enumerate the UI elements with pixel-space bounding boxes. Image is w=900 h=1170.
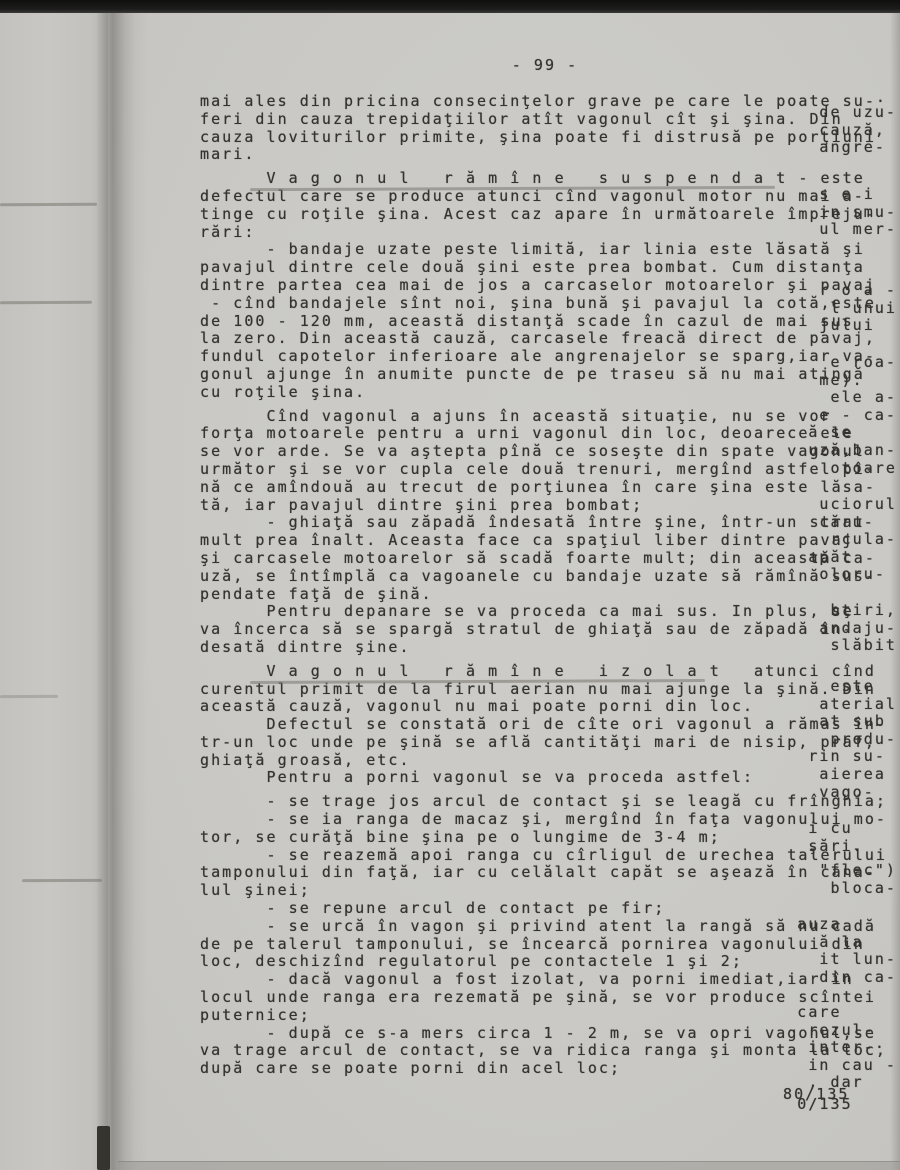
scan-top-edge (0, 0, 900, 13)
paragraph: Defectul se constată ori de cîte ori vag… (200, 716, 900, 769)
pencil-underline (0, 301, 92, 304)
paragraph: Cînd vagonul a ajuns în această situaţie… (200, 408, 900, 515)
list-item: - se ia ranga de macaz şi, mergînd în fa… (200, 811, 900, 847)
footer-page-reference: 80/135 (783, 1086, 850, 1104)
paragraph: - bandaje uzate peste limită, iar linia … (200, 241, 900, 401)
adjacent-page-strip (0, 13, 108, 1170)
pencil-underline (22, 879, 102, 882)
page-bottom-edge (118, 1161, 900, 1170)
list-item: - se trage jos arcul de contact şi se le… (200, 793, 900, 811)
paragraph-heading-izolat: V a g o n u l r ă m î n e i z o l a t at… (200, 663, 900, 716)
paragraph: Pentru a porni vagonul se va proceda ast… (200, 769, 900, 787)
pencil-underline (0, 695, 58, 698)
paragraph: Pentru depanare se va proceda ca mai sus… (200, 603, 900, 656)
page-body-text: mai ales din pricina consecinţelor grave… (200, 93, 900, 1078)
list-item: - se reazemă apoi ranga cu cîrligul de u… (200, 847, 900, 900)
list-item: - se repune arcul de contact pe fir; (200, 900, 900, 918)
pencil-underline (0, 203, 97, 206)
page-number: - 99 - (200, 57, 890, 75)
scanned-book-page: de uzu- cauză, angre- s e i in smu- ul m… (0, 0, 900, 1170)
paragraph: - ghiaţă sau zăpadă îndesată între şine,… (200, 514, 900, 603)
list-item: - dacă vagonul a fost izolat, va porni i… (200, 971, 900, 1024)
paragraph: mai ales din pricina consecinţelor grave… (200, 93, 900, 164)
list-item: - se urcă în vagon şi privind atent la r… (200, 918, 900, 971)
list-item: - după ce s-a mers circa 1 - 2 m, se va … (200, 1025, 900, 1078)
scan-dark-notch (97, 1126, 110, 1170)
paragraph-heading-suspendat: V a g o n u l r ă m î n e s u s p e n d … (200, 170, 900, 241)
book-gutter-shadow (96, 13, 148, 1170)
